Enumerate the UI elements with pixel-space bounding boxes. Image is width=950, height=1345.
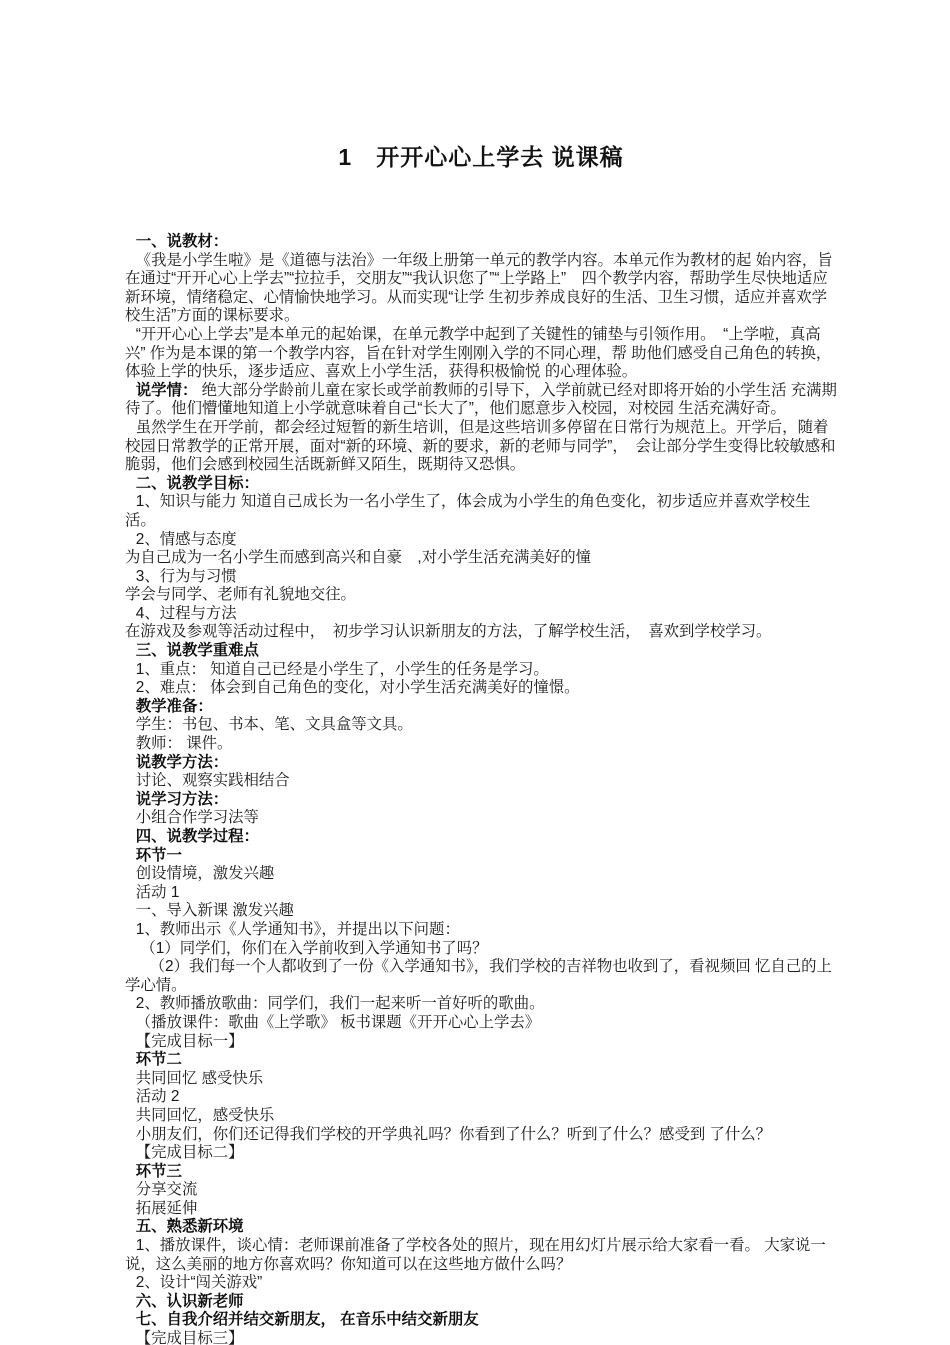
paragraph: 1、播放课件，谈心情：老师课前准备了学校各处的照片，现在用幻灯片展示给大家看一看… [125, 1237, 837, 1274]
paragraph: 1、教师出示《人学通知书》，并提出以下问题： [125, 921, 837, 940]
section-heading: 说学习方法： [125, 791, 837, 810]
document-page: 1 开开心心上学去 说课稿 一、说教材：《我是小学生啦》是《道德与法治》一年级上… [0, 0, 950, 1345]
section-heading: 教学准备： [125, 698, 837, 717]
paragraph: 活动 2 [125, 1088, 837, 1107]
paragraph: （1）同学们，你们在入学前收到入学通知书了吗？ [125, 940, 837, 959]
inline-heading: 说学情： [136, 382, 198, 399]
section-heading: 环节二 [125, 1051, 837, 1070]
paragraph: 《我是小学生啦》是《道德与法治》一年级上册第一单元的教学内容。本单元作为教材的起… [125, 252, 837, 326]
section-heading: 六、认识新老师 [125, 1293, 837, 1312]
section-heading: 三、说教学重难点 [125, 642, 837, 661]
document-body: 一、说教材：《我是小学生啦》是《道德与法治》一年级上册第一单元的教学内容。本单元… [125, 233, 837, 1345]
paragraph: “开开心心上学去”是本单元的起始课，在单元教学中起到了关键性的铺垫与引领作用。 … [125, 326, 837, 382]
section-heading: 四、说教学过程： [125, 828, 837, 847]
paragraph: 学生：书包、书本、笔、文具盒等文具。 [125, 716, 837, 735]
section-heading: 二、说教学目标： [125, 475, 837, 494]
section-heading: 一、说教材： [125, 233, 837, 252]
paragraph: 共同回忆 感受快乐 [125, 1070, 837, 1089]
paragraph: （2）我们每一个人都收到了一份《入学通知书》，我们学校的吉祥物也收到了，看视频回… [125, 958, 837, 995]
paragraph: 【完成目标二】 [125, 1144, 837, 1163]
paragraph: 1、重点： 知道自己已经是小学生了，小学生的任务是学习。 [125, 661, 837, 680]
section-heading: 环节三 [125, 1163, 837, 1182]
section-heading: 五、熟悉新环境 [125, 1218, 837, 1237]
section-heading: 七、自我介绍并结交新朋友， 在音乐中结交新朋友 [125, 1311, 837, 1330]
paragraph: 学会与同学、老师有礼貌地交往。 [125, 586, 837, 605]
paragraph: 共同回忆，感受快乐 [125, 1107, 837, 1126]
paragraph: 创设情境，激发兴趣 [125, 865, 837, 884]
paragraph: 活动 1 [125, 884, 837, 903]
paragraph: 2、情感与态度 [125, 531, 837, 550]
paragraph: 4、过程与方法 [125, 605, 837, 624]
paragraph: 【完成目标三】 [125, 1330, 837, 1345]
section-heading: 环节一 [125, 847, 837, 866]
paragraph: 3、行为与习惯 [125, 568, 837, 587]
paragraph: 1、知识与能力 知道自己成长为一名小学生了，体会成为小学生的角色变化，初步适应并… [125, 493, 837, 530]
paragraph: 2、难点： 体会到自己角色的变化，对小学生活充满美好的憧憬。 [125, 679, 837, 698]
paragraph: 说学情： 绝大部分学龄前儿童在家长或学前教师的引导下，入学前就已经对即将开始的小… [125, 382, 837, 419]
document-title: 1 开开心心上学去 说课稿 [125, 143, 837, 171]
paragraph: 小组合作学习法等 [125, 809, 837, 828]
paragraph: 在游戏及参观等活动过程中， 初步学习认识新朋友的方法，了解学校生活， 喜欢到学校… [125, 623, 837, 642]
paragraph: 虽然学生在开学前，都会经过短暂的新生培训，但是这些培训多停留在日常行为规范上。开… [125, 419, 837, 475]
paragraph: 2、教师播放歌曲：同学们，我们一起来听一首好听的歌曲。 [125, 995, 837, 1014]
paragraph: 一、导入新课 激发兴趣 [125, 902, 837, 921]
paragraph: 拓展延伸 [125, 1200, 837, 1219]
paragraph: 分享交流 [125, 1181, 837, 1200]
paragraph: 为自己成为一名小学生而感到高兴和自豪 ,对小学生活充满美好的憧 [125, 549, 837, 568]
paragraph: 2、设计“闯关游戏” [125, 1274, 837, 1293]
paragraph: 教师： 课件。 [125, 735, 837, 754]
paragraph: 讨论、观察实践相结合 [125, 772, 837, 791]
paragraph: 小朋友们，你们还记得我们学校的开学典礼吗？你看到了什么？听到了什么？感受到 了什… [125, 1126, 837, 1145]
paragraph: 【完成目标一】 [125, 1033, 837, 1052]
paragraph: （播放课件：歌曲《上学歌》 板书课题《开开心心上学去》 [125, 1014, 837, 1033]
section-heading: 说教学方法： [125, 754, 837, 773]
